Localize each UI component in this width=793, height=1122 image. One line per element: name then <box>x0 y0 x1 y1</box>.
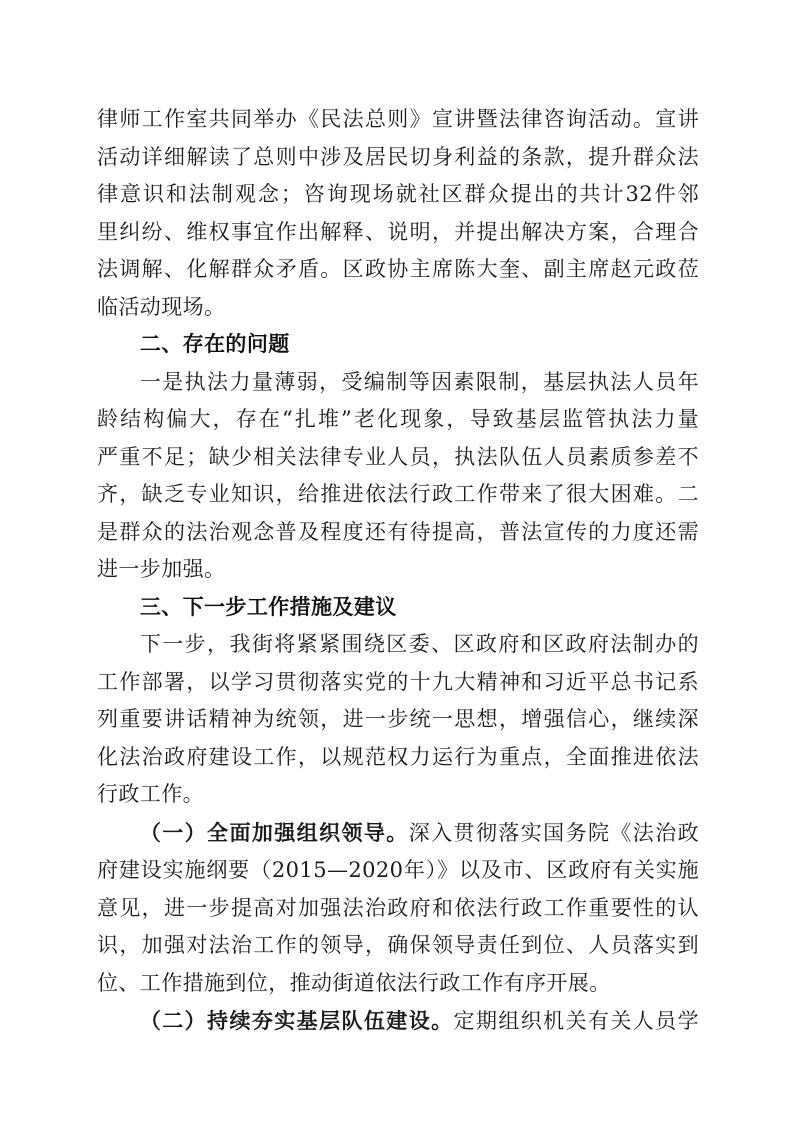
text-line: 是群众的法治观念普及程度还有待提高，普法宣传的力度还需 <box>97 514 699 552</box>
paragraph-problems: 一是执法力量薄弱，受编制等因素限制，基层执法人员年 龄结构偏大，存在“扎堆”老化… <box>97 364 699 589</box>
text-line: 列重要讲话精神为统领，进一步统一思想，增强信心，继续深 <box>97 701 699 739</box>
text-line: 识，加强对法治工作的领导，确保领导责任到位、人员落实到 <box>97 927 699 965</box>
section-heading-next-steps: 三、下一步工作措施及建议 <box>97 589 699 627</box>
text-line: 行政工作。 <box>97 776 699 814</box>
subsection-grassroots-team: （二）持续夯实基层队伍建设。定期组织机关有关人员学 <box>97 1002 699 1041</box>
text-line: 工作部署，以学习贯彻落实党的十九大精神和习近平总书记系 <box>97 664 699 702</box>
text-line: 位、工作措施到位，推动街道依法行政工作有序开展。 <box>97 965 699 1003</box>
paragraph-next-steps: 下一步，我街将紧紧围绕区委、区政府和区政府法制办的 工作部署，以学习贯彻落实党的… <box>97 626 699 814</box>
text-line: 府建设实施纲要（2015—2020年）》以及市、区政府有关实施 <box>97 852 699 890</box>
text-line: 化法治政府建设工作，以规范权力运行为重点，全面推进依法 <box>97 739 699 777</box>
subsection-lead: （二）持续夯实基层队伍建设。 <box>140 1008 454 1033</box>
text-line: 下一步，我街将紧紧围绕区委、区政府和区政府法制办的 <box>97 626 699 664</box>
section-heading-problems: 二、存在的问题 <box>97 326 699 364</box>
text-line: 龄结构偏大，存在“扎堆”老化现象，导致基层监管执法力量 <box>97 401 699 439</box>
text-line: 临活动现场。 <box>97 289 699 327</box>
text-line: （一）全面加强组织领导。深入贯彻落实国务院《法治政 <box>97 814 699 853</box>
text-line: 律师工作室共同举办《民法总则》宣讲暨法律咨询活动。宣讲 <box>97 101 699 139</box>
subsection-lead: （一）全面加强组织领导。 <box>140 820 409 845</box>
text-run: 深入贯彻落实国务院《法治政 <box>409 821 699 845</box>
text-line: 进一步加强。 <box>97 551 699 589</box>
text-line: 齐，缺乏专业知识，给推进依法行政工作带来了很大困难。二 <box>97 476 699 514</box>
text-line: （二）持续夯实基层队伍建设。定期组织机关有关人员学 <box>97 1002 699 1041</box>
text-line: 法调解、化解群众矛盾。区政协主席陈大奎、副主席赵元政莅 <box>97 251 699 289</box>
document-page: 律师工作室共同举办《民法总则》宣讲暨法律咨询活动。宣讲 活动详细解读了总则中涉及… <box>97 101 699 1041</box>
text-run: 定期组织机关有关人员学 <box>454 1009 699 1033</box>
subsection-organization-leadership: （一）全面加强组织领导。深入贯彻落实国务院《法治政 府建设实施纲要（2015—2… <box>97 814 699 1003</box>
text-line: 活动详细解读了总则中涉及居民切身利益的条款，提升群众法 <box>97 139 699 177</box>
text-line: 里纠纷、维权事宜作出解释、说明，并提出解决方案，合理合 <box>97 214 699 252</box>
paragraph-activity-continued: 律师工作室共同举办《民法总则》宣讲暨法律咨询活动。宣讲 活动详细解读了总则中涉及… <box>97 101 699 326</box>
text-line: 律意识和法制观念；咨询现场就社区群众提出的共计32件邻 <box>97 176 699 214</box>
text-line: 意见，进一步提高对加强法治政府和依法行政工作重要性的认 <box>97 890 699 928</box>
text-line: 一是执法力量薄弱，受编制等因素限制，基层执法人员年 <box>97 364 699 402</box>
text-line: 严重不足；缺少相关法律专业人员，执法队伍人员素质参差不 <box>97 439 699 477</box>
